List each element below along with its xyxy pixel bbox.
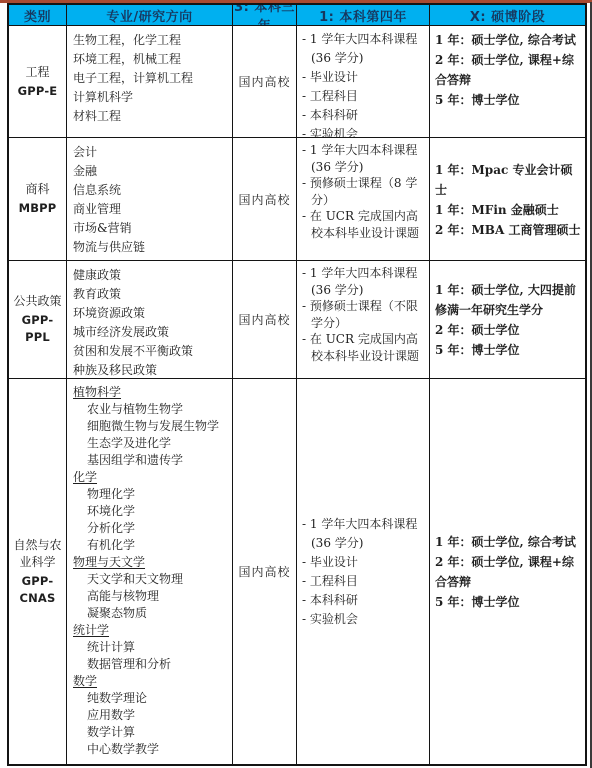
grad-cell-public-policy: 1 年：硕士学位, 大四提前修满一年研究生学分2 年：硕士学位5 年：博士学位 [430, 261, 585, 379]
majors-item: 统计学 [73, 622, 229, 639]
col-header-category: 类别 [9, 5, 67, 26]
majors-item: 金融 [73, 162, 229, 181]
majors-item: 有机化学 [73, 537, 229, 554]
grad-item: 2 年：MBA 工商管理硕士 [435, 220, 582, 240]
category-name: 工程 [25, 64, 49, 81]
majors-item: 环境化学 [73, 503, 229, 520]
year4-item: 预修硕士课程（8 学分） [302, 175, 426, 208]
majors-item: 商业管理 [73, 200, 229, 219]
majors-item: 电子工程，计算机工程 [73, 69, 229, 88]
category-cell-engineering: 工程 GPP-E [9, 26, 67, 138]
majors-item: 贫困和发展不平衡政策 [73, 342, 229, 361]
majors-item: 城市经济发展政策 [73, 323, 229, 342]
grad-item: 2 年：硕士学位, 课程+综合答辩 [435, 50, 582, 90]
grad-item: 2 年：硕士学位, 课程+综合答辩 [435, 552, 582, 592]
category-code: GPP-E [18, 83, 58, 100]
grad-item: 1 年：MFin 金融硕士 [435, 200, 582, 220]
majors-item: 农业与植物生物学 [73, 401, 229, 418]
year4-item: 预修硕士课程（不限学分） [302, 298, 426, 331]
majors-item: 基因组学和遗传学 [73, 452, 229, 469]
majors-cell-business: 会计金融信息系统商业管理市场&营销物流与供应链 [67, 138, 233, 261]
program-table: 类别 专业/研究方向 3: 本科三年 1: 本科第四年 X: 硕博阶段 工程 G… [7, 3, 587, 766]
majors-item: 物流与供应链 [73, 238, 229, 257]
majors-item: 植物科学 [73, 384, 229, 401]
majors-item: 环境资源政策 [73, 304, 229, 323]
majors-item: 化学 [73, 469, 229, 486]
majors-item: 中心数学教学 [73, 741, 229, 758]
majors-item: 环境工程，机械工程 [73, 50, 229, 69]
campus-cell: 国内高校 [233, 379, 297, 764]
col-header-grad-stage: X: 硕博阶段 [430, 5, 585, 26]
majors-item: 统计计算 [73, 639, 229, 656]
category-cell-public-policy: 公共政策 GPP-PPL [9, 261, 67, 379]
category-code: GPP-CNAS [11, 573, 64, 607]
category-cell-natural-sciences: 自然与农业科学 GPP-CNAS [9, 379, 67, 764]
year4-item: 在 UCR 完成国内高校本科毕业设计课题 [302, 208, 426, 241]
category-cell-business: 商科 MBPP [9, 138, 67, 261]
category-name: 自然与农业科学 [11, 537, 64, 571]
majors-item: 健康政策 [73, 266, 229, 285]
year4-item: 工程科目 [302, 87, 426, 106]
year4-item: 毕业设计 [302, 553, 426, 572]
majors-item: 纯数学理论 [73, 690, 229, 707]
category-name: 公共政策 [13, 293, 61, 310]
grad-cell-business: 1 年：Mpac 专业会计硕士1 年：MFin 金融硕士2 年：MBA 工商管理… [430, 138, 585, 261]
grad-item: 1 年：硕士学位, 大四提前修满一年研究生学分 [435, 280, 582, 320]
year4-item: 1 学年大四本科课程(36 学分) [302, 265, 426, 298]
category-code: MBPP [19, 200, 57, 217]
majors-item: 种族及移民政策 [73, 361, 229, 379]
majors-item: 会计 [73, 143, 229, 162]
grad-item: 1 年：Mpac 专业会计硕士 [435, 160, 582, 200]
year4-cell-engineering: 1 学年大四本科课程(36 学分)毕业设计工程科目本科科研实验机会 [297, 26, 430, 138]
year4-cell-public-policy: 1 学年大四本科课程(36 学分)预修硕士课程（不限学分）在 UCR 完成国内高… [297, 261, 430, 379]
col-header-undergrad3: 3: 本科三年 [233, 5, 297, 26]
majors-item: 数据管理和分析 [73, 656, 229, 673]
majors-item: 物理化学 [73, 486, 229, 503]
year4-item: 本科科研 [302, 591, 426, 610]
grad-cell-engineering: 1 年：硕士学位, 综合考试2 年：硕士学位, 课程+综合答辩5 年：博士学位 [430, 26, 585, 138]
campus-cell: 国内高校 [233, 261, 297, 379]
majors-item: 数学 [73, 673, 229, 690]
col-header-year4: 1: 本科第四年 [297, 5, 430, 26]
majors-item: 物理与天文学 [73, 554, 229, 571]
majors-cell-natural-sciences: 植物科学农业与植物生物学细胞微生物与发展生物学生态学及进化学基因组学和遗传学化学… [67, 379, 233, 764]
year4-item: 1 学年大四本科课程(36 学分) [302, 30, 426, 68]
grad-item: 5 年：博士学位 [435, 592, 582, 612]
grad-item: 5 年：博士学位 [435, 340, 582, 360]
year4-item: 1 学年大四本科课程(36 学分) [302, 515, 426, 553]
year4-item: 工程科目 [302, 572, 426, 591]
majors-item: 生物工程，化学工程 [73, 31, 229, 50]
majors-item: 凝聚态物质 [73, 605, 229, 622]
year4-item: 实验机会 [302, 125, 426, 138]
majors-cell-public-policy: 健康政策教育政策环境资源政策城市经济发展政策贫困和发展不平衡政策种族及移民政策 [67, 261, 233, 379]
majors-item: 生态学及进化学 [73, 435, 229, 452]
category-name: 商科 [25, 181, 49, 198]
year4-cell-natural-sciences: 1 学年大四本科课程(36 学分)毕业设计工程科目本科科研实验机会 [297, 379, 430, 764]
year4-item: 毕业设计 [302, 68, 426, 87]
year4-item: 在 UCR 完成国内高校本科毕业设计课题 [302, 331, 426, 364]
grad-item: 5 年：博士学位 [435, 90, 582, 110]
campus-cell: 国内高校 [233, 138, 297, 261]
majors-item: 数学计算 [73, 724, 229, 741]
majors-item: 信息系统 [73, 181, 229, 200]
majors-item: 天文学和天文物理 [73, 571, 229, 588]
majors-item: 高能与核物理 [73, 588, 229, 605]
year4-item: 1 学年大四本科课程(36 学分) [302, 142, 426, 175]
page: 类别 专业/研究方向 3: 本科三年 1: 本科第四年 X: 硕博阶段 工程 G… [0, 0, 592, 768]
grad-item: 2 年：硕士学位 [435, 320, 582, 340]
majors-item: 材料工程 [73, 107, 229, 126]
majors-item: 教育政策 [73, 285, 229, 304]
majors-item: 细胞微生物与发展生物学 [73, 418, 229, 435]
grad-cell-natural-sciences: 1 年：硕士学位, 综合考试2 年：硕士学位, 课程+综合答辩5 年：博士学位 [430, 379, 585, 764]
grad-item: 1 年：硕士学位, 综合考试 [435, 532, 582, 552]
majors-item: 计算机科学 [73, 88, 229, 107]
majors-item: 应用数学 [73, 707, 229, 724]
grad-item: 1 年：硕士学位, 综合考试 [435, 30, 582, 50]
majors-item: 市场&营销 [73, 219, 229, 238]
majors-item: 分析化学 [73, 520, 229, 537]
campus-cell: 国内高校 [233, 26, 297, 138]
majors-cell-engineering: 生物工程，化学工程环境工程，机械工程电子工程，计算机工程计算机科学材料工程 [67, 26, 233, 138]
col-header-majors: 专业/研究方向 [67, 5, 233, 26]
year4-cell-business: 1 学年大四本科课程(36 学分)预修硕士课程（8 学分）在 UCR 完成国内高… [297, 138, 430, 261]
category-code: GPP-PPL [11, 312, 64, 346]
year4-item: 实验机会 [302, 610, 426, 629]
year4-item: 本科科研 [302, 106, 426, 125]
